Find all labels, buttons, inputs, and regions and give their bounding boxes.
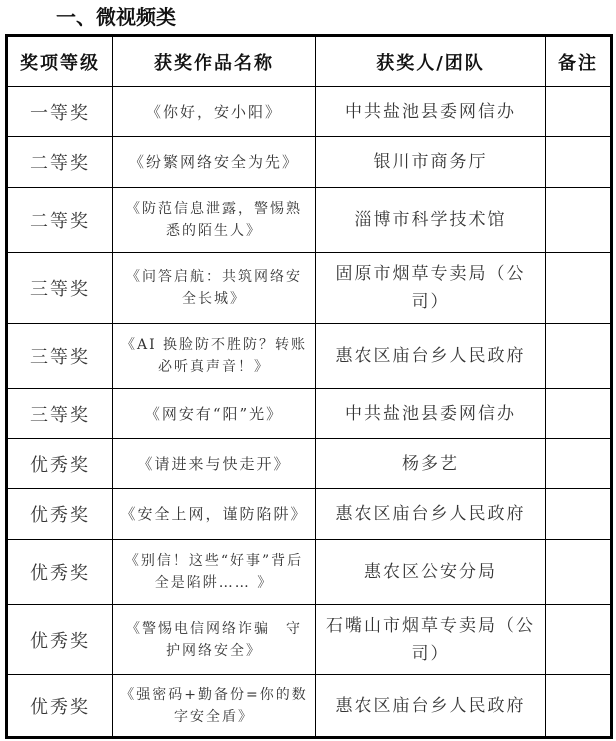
work-title-cell: 《AI 换脸防不胜防？转账必听真声音！》: [113, 324, 316, 389]
note-cell: [546, 675, 612, 738]
table-row: 二等奖《防范信息泄露，警惕熟悉的陌生人》淄博市科学技术馆: [7, 188, 612, 253]
table-row: 二等奖《纷繁网络安全为先》银川市商务厅: [7, 137, 612, 188]
work-title-cell: 《你好，安小阳》: [113, 87, 316, 137]
table-header-row: 奖项等级 获奖作品名称 获奖人/团队 备注: [7, 36, 612, 87]
winner-cell: 惠农区庙台乡人民政府: [316, 324, 546, 389]
note-cell: [546, 188, 612, 253]
winner-cell: 银川市商务厅: [316, 137, 546, 188]
award-level-cell: 优秀奖: [7, 540, 113, 605]
award-level-cell: 三等奖: [7, 253, 113, 324]
work-title-cell: 《纷繁网络安全为先》: [113, 137, 316, 188]
award-level-cell: 三等奖: [7, 389, 113, 439]
work-title-cell: 《防范信息泄露，警惕熟悉的陌生人》: [113, 188, 316, 253]
winner-cell: 杨多艺: [316, 439, 546, 489]
header-note: 备注: [546, 36, 612, 87]
work-title-cell: 《请进来与快走开》: [113, 439, 316, 489]
award-level-cell: 二等奖: [7, 188, 113, 253]
table-row: 优秀奖《警惕电信网络诈骗 守护网络安全》石嘴山市烟草专卖局（公司）: [7, 605, 612, 675]
work-title-cell: 《问答启航：共筑网络安全长城》: [113, 253, 316, 324]
header-winner: 获奖人/团队: [316, 36, 546, 87]
table-row: 优秀奖《请进来与快走开》杨多艺: [7, 439, 612, 489]
award-level-cell: 二等奖: [7, 137, 113, 188]
award-table: 奖项等级 获奖作品名称 获奖人/团队 备注 一等奖《你好，安小阳》中共盐池县委网…: [5, 34, 613, 739]
note-cell: [546, 389, 612, 439]
note-cell: [546, 605, 612, 675]
award-level-cell: 优秀奖: [7, 439, 113, 489]
section-title: 一、微视频类: [56, 3, 176, 31]
winner-cell: 惠农区庙台乡人民政府: [316, 489, 546, 540]
award-level-cell: 优秀奖: [7, 605, 113, 675]
award-level-cell: 一等奖: [7, 87, 113, 137]
note-cell: [546, 489, 612, 540]
note-cell: [546, 253, 612, 324]
table-row: 三等奖《网安有“阳”光》中共盐池县委网信办: [7, 389, 612, 439]
table-row: 一等奖《你好，安小阳》中共盐池县委网信办: [7, 87, 612, 137]
table-row: 优秀奖《强密码+勤备份=你的数字安全盾》惠农区庙台乡人民政府: [7, 675, 612, 738]
winner-cell: 石嘴山市烟草专卖局（公司）: [316, 605, 546, 675]
winner-cell: 中共盐池县委网信办: [316, 389, 546, 439]
note-cell: [546, 324, 612, 389]
work-title-cell: 《别信！这些“好事”背后全是陷阱…… 》: [113, 540, 316, 605]
table-row: 优秀奖《别信！这些“好事”背后全是陷阱…… 》惠农区公安分局: [7, 540, 612, 605]
award-level-cell: 优秀奖: [7, 489, 113, 540]
work-title-cell: 《安全上网，谨防陷阱》: [113, 489, 316, 540]
table-row: 三等奖《AI 换脸防不胜防？转账必听真声音！》惠农区庙台乡人民政府: [7, 324, 612, 389]
winner-cell: 淄博市科学技术馆: [316, 188, 546, 253]
table-row: 三等奖《问答启航：共筑网络安全长城》固原市烟草专卖局（公司）: [7, 253, 612, 324]
award-level-cell: 优秀奖: [7, 675, 113, 738]
note-cell: [546, 439, 612, 489]
note-cell: [546, 137, 612, 188]
note-cell: [546, 87, 612, 137]
award-level-cell: 三等奖: [7, 324, 113, 389]
winner-cell: 中共盐池县委网信办: [316, 87, 546, 137]
note-cell: [546, 540, 612, 605]
winner-cell: 固原市烟草专卖局（公司）: [316, 253, 546, 324]
winner-cell: 惠农区庙台乡人民政府: [316, 675, 546, 738]
work-title-cell: 《网安有“阳”光》: [113, 389, 316, 439]
table-row: 优秀奖《安全上网，谨防陷阱》惠农区庙台乡人民政府: [7, 489, 612, 540]
work-title-cell: 《警惕电信网络诈骗 守护网络安全》: [113, 605, 316, 675]
work-title-cell: 《强密码+勤备份=你的数字安全盾》: [113, 675, 316, 738]
header-award-level: 奖项等级: [7, 36, 113, 87]
header-work-title: 获奖作品名称: [113, 36, 316, 87]
winner-cell: 惠农区公安分局: [316, 540, 546, 605]
